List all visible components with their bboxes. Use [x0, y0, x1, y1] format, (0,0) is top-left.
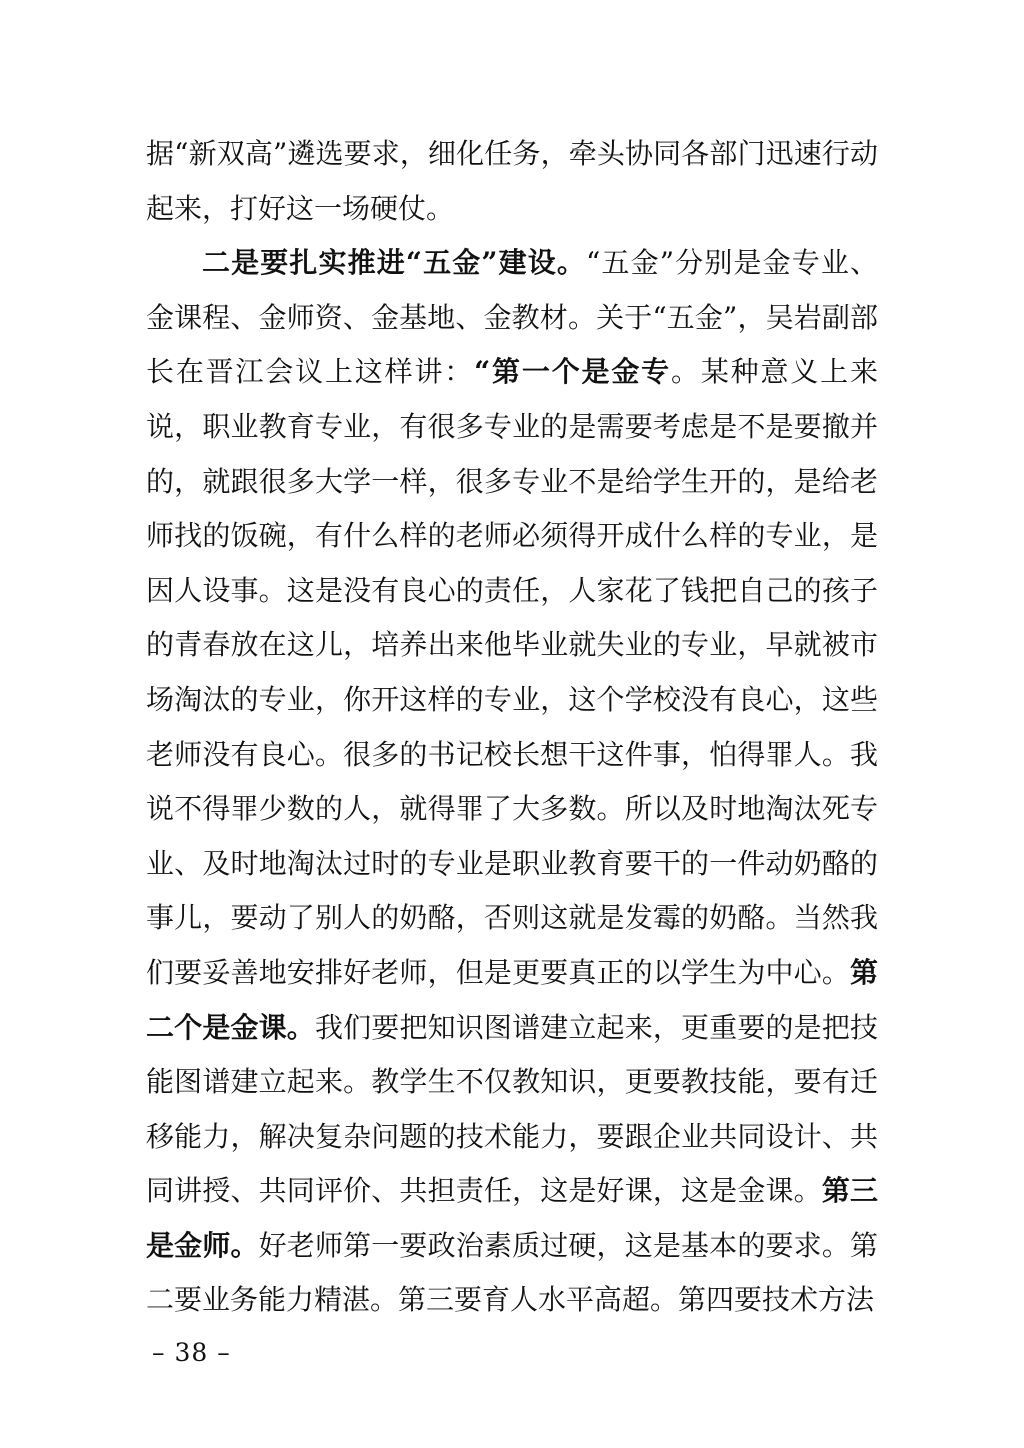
- bold-text-run: “第一个是金专: [474, 355, 671, 388]
- document-page: 据“新双高”遴选要求，细化任务，牵头协同各部门迅速行动起来，打好这一场硬仗。二是…: [0, 0, 1024, 1448]
- paragraph-wujin: 二是要扎实推进“五金”建设。“五金”分别是金专业、金课程、金师资、金基地、金教材…: [146, 236, 878, 1328]
- page-number: – 38 –: [152, 1338, 231, 1367]
- text-run: 。某种意义上来说，职业教育专业，有很多专业的是需要考虑是不是要撤并的，就跟很多大…: [146, 355, 878, 989]
- document-body: 据“新双高”遴选要求，细化任务，牵头协同各部门迅速行动起来，打好这一场硬仗。二是…: [146, 127, 878, 1328]
- page-footer: – 38 –: [152, 1338, 231, 1368]
- bold-text-run: 二是要扎实推进“五金”建设。: [202, 246, 586, 279]
- text-run: 据“新双高”遴选要求，细化任务，牵头协同各部门迅速行动起来，打好这一场硬仗。: [146, 137, 878, 225]
- paragraph-continuation: 据“新双高”遴选要求，细化任务，牵头协同各部门迅速行动起来，打好这一场硬仗。: [146, 127, 878, 236]
